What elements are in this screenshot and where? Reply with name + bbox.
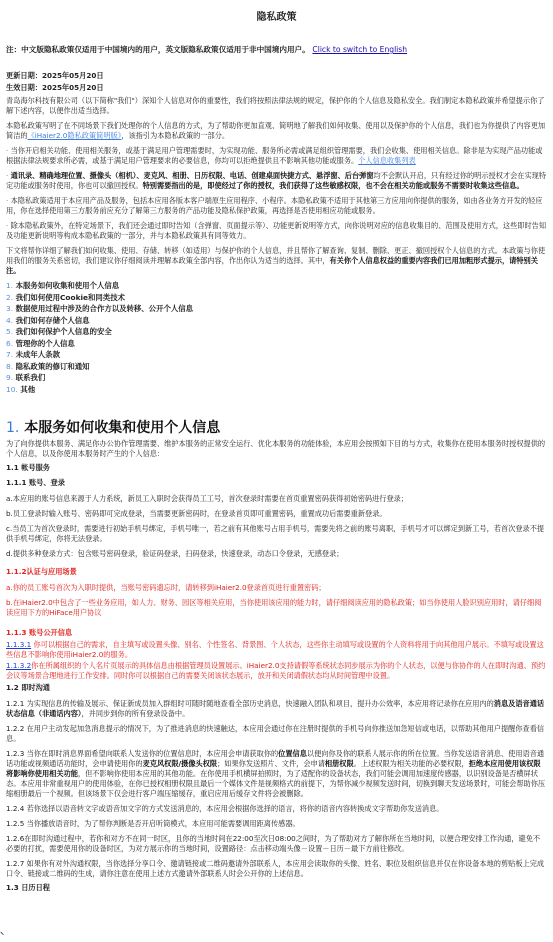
bullet-data-collection: 当你开启相关功能、使用相关服务，或基于满足用户管理需要时，为实现功能、服务所必需…: [6, 146, 547, 166]
clause-text: ，但不影响你使用本应用的其他功能。在你使用手机横屏拍照时，为了适配你的设备状态，…: [6, 769, 545, 798]
im-clause-1-2-5: 1.2.5 当你播放语音时，为了帮你判断是否开启听筒模式，本应用可能需要调用距离…: [6, 819, 547, 829]
clause-text: 1.2.1 为实现信息的传输及展示、保证新成员加入群组时可随时随地查看全部历史消…: [6, 699, 494, 708]
clause-number-link[interactable]: 1.1.3.1: [6, 640, 31, 649]
im-clause-1-2-4: 1.2.4 若你选择以语音转文字或语音加文字的方式发送消息的，本应用会根据你选择…: [6, 804, 547, 814]
clause-text: 你在所属组织的个人名片页展示的具体信息由根据管理员设置展示。iHaier2.0支…: [6, 661, 545, 680]
public-info-1-1-3-2: 1.1.3.2你在所属组织的个人名片页展示的具体信息由根据管理员设置展示。iHa…: [6, 661, 547, 681]
toc-label: 其他: [20, 385, 35, 394]
heading-1-1-1: 1.1.1 账号、登录: [6, 478, 547, 489]
heading-1-1-2: 1.1.2认证与应用场景: [6, 567, 547, 578]
bullet-scope: 本隐私政策适用于本应用产品及服务，包括本应用各版本客户端原生应用程序、小程序。本…: [6, 196, 547, 216]
cursor-mark-icon: [0, 929, 6, 935]
language-note: 注：中文版隐私政策仅适用于中国境内的用户，英文版隐私政策仅适用于非中国境内用户。…: [6, 45, 547, 59]
language-note-text: 注：中文版隐私政策仅适用于中国境内的用户，英文版隐私政策仅适用于非中国境内用户。: [6, 45, 310, 54]
clause-emphasis: 麦克风权限/摄像头权限: [143, 759, 218, 768]
toc-item-2[interactable]: 2. 我们如何使用Cookie和同类技术: [6, 292, 547, 304]
heading-1-1-3: 1.1.3 账号公开信息: [6, 628, 547, 639]
privacy-policy-page: 隐私政策 注：中文版隐私政策仅适用于中国境内的用户，英文版隐私政策仅适用于非中国…: [0, 0, 553, 894]
table-of-contents: 1. 本服务如何收集和使用个人信息 2. 我们如何使用Cookie和同类技术 3…: [6, 280, 547, 395]
toc-label: 我们如何使用Cookie和同类技术: [16, 293, 125, 302]
toc-number: 7.: [6, 350, 13, 359]
auth-item-b: b.在iHaier2.0中包含了一些业务应用，如人力、财务、园区等相关应用，当你…: [6, 598, 547, 618]
intro-summary-paragraph: 本隐私政策写明了在不同场景下我们处理你的个人信息的方式，为了帮助你更加直观、简明…: [6, 121, 547, 141]
clause-text: 1.2.3 当你在即时消息界面希望向联系人发送你的位置信息时，本应用会申请获取你…: [6, 749, 278, 758]
concise-policy-link[interactable]: 《iHaier2.0隐私政策简明版》: [28, 131, 122, 140]
toc-label: 本服务如何收集和使用个人信息: [16, 281, 119, 290]
toc-number: 5.: [6, 327, 13, 336]
im-clause-1-2-6: 1.2.6在即时沟通过程中，若你和对方不在同一时区，且你的当地时间在22:00至…: [6, 834, 547, 854]
im-clause-1-2-3: 1.2.3 当你在即时消息界面希望向联系人发送你的位置信息时，本应用会申请获取你…: [6, 749, 547, 799]
login-item-c: c.当员工为首次登录时，需要进行初始手机号绑定，手机号唯一，若之前有其他账号占用…: [6, 524, 547, 544]
section-1-intro: 为了向你提供本服务、满足你办公协作管理需要、维护本服务的正常安全运行、优化本服务…: [6, 439, 547, 459]
heading-1-3: 1.3 日历日程: [6, 883, 547, 894]
bullet-instant-notice: 除本隐私政策外，在特定场景下，我们还会通过即时告知（含弹窗、页面提示等）、功能更…: [6, 221, 547, 241]
toc-item-7[interactable]: 7. 未成年人条款: [6, 349, 547, 361]
toc-item-5[interactable]: 5. 我们如何保护个人信息的安全: [6, 326, 547, 338]
personal-info-collection-list-link[interactable]: 个人信息收集列表: [358, 156, 416, 165]
toc-number: 3.: [6, 304, 13, 313]
toc-number: 2.: [6, 293, 13, 302]
bullet-data-collection-text: 当你开启相关功能、使用相关服务，或基于满足用户管理需要时，为实现功能、服务所必需…: [6, 146, 542, 165]
login-item-d: d.提供多种登录方式：包含账号密码登录，验证码登录，扫码登录，快速登录，动态口令…: [6, 549, 547, 559]
toc-label: 我们如何存储个人信息: [16, 316, 90, 325]
toc-number: 8.: [6, 362, 13, 371]
toc-item-4[interactable]: 4. 我们如何存储个人信息: [6, 315, 547, 327]
toc-item-3[interactable]: 3. 数据使用过程中涉及的合作方以及转移、公开个人信息: [6, 303, 547, 315]
im-clause-1-2-2: 1.2.2 在用户主动发起加急消息提示的情况下，为了推进消息的快速触达，本应用会…: [6, 724, 547, 744]
clause-text: 。上述权限为相关功能的必要权限，: [354, 759, 469, 768]
effective-date: 生效日期：2025年05月20日: [6, 83, 547, 93]
toc-number: 6.: [6, 339, 13, 348]
page-title: 隐私政策: [6, 0, 547, 33]
sensitive-permissions-emphasis: 特别需要指出的是，即使经过了你的授权，我们获得了这些敏感权限，也不会在相关功能或…: [143, 181, 524, 190]
intro-paragraph: 青岛海尔科技有限公司（以下简称"我们"）深知个人信息对你的重要性，我们将按照法律…: [6, 96, 547, 116]
toc-item-10[interactable]: 10. 其他: [6, 384, 547, 396]
clause-text: ；如果你发送照片、文件，会申请: [217, 759, 325, 768]
section-1-heading: 1. 本服务如何收集和使用个人信息: [6, 420, 547, 436]
clause-text: ，并同步到你的所有登录设备中。: [81, 709, 189, 718]
heading-1-1: 1.1 帐号服务: [6, 463, 547, 474]
sensitive-permissions-list: 通讯录、精确地理位置、摄像头（相机）、麦克风、相册、日历权限、电话、创建桌面快捷…: [11, 171, 374, 180]
toc-label: 未成年人条款: [16, 350, 60, 359]
toc-number: 9.: [6, 373, 13, 382]
im-clause-1-2-1: 1.2.1 为实现信息的传输及展示、保证新成员加入群组时可随时随地查看全部历史消…: [6, 699, 547, 719]
toc-number: 1.: [6, 281, 13, 290]
switch-to-english-link[interactable]: Click to switch to English: [312, 45, 407, 54]
toc-item-9[interactable]: 9. 联系我们: [6, 372, 547, 384]
clause-emphasis: 位置信息: [278, 749, 307, 758]
bullet-sensitive-permissions: 通讯录、精确地理位置、摄像头（相机）、麦克风、相册、日历权限、电话、创建桌面快捷…: [6, 171, 547, 191]
toc-number: 10.: [6, 385, 18, 394]
section-title: 本服务如何收集和使用个人信息: [24, 420, 220, 436]
toc-item-6[interactable]: 6. 管理你的个人信息: [6, 338, 547, 350]
clause-emphasis: 相册权限: [325, 759, 354, 768]
intro-summary-tail: ，该指引为本隐私政策的一部分。: [121, 131, 229, 140]
public-info-1-1-3-1: 1.1.3.1 你可以根据自己的需求，自主填写或设置头像、别名、个性签名、背景图…: [6, 640, 547, 660]
toc-item-1[interactable]: 1. 本服务如何收集和使用个人信息: [6, 280, 547, 292]
toc-label: 我们如何保护个人信息的安全: [16, 327, 112, 336]
updated-date: 更新日期：2025年05月20日: [6, 71, 547, 81]
toc-label: 联系我们: [16, 373, 46, 382]
heading-1-2: 1.2 即时沟通: [6, 683, 547, 694]
toc-label: 数据使用过程中涉及的合作方以及转移、公开个人信息: [16, 304, 193, 313]
login-item-b: b.员工登录时输入账号、密码即可完成登录，当需要更新密码时，在登录首页即可重置密…: [6, 509, 547, 519]
toc-item-8[interactable]: 8. 隐私政策的修订和通知: [6, 361, 547, 373]
section-number: 1.: [6, 420, 19, 436]
clause-number-link[interactable]: 1.1.3.2: [6, 661, 31, 670]
reading-guide-paragraph: 下文将帮你详细了解我们如何收集、使用、存储、转移（如适用）与保护你的个人信息，并…: [6, 246, 547, 276]
clause-text: 你可以根据自己的需求，自主填写或设置头像、别名、个性签名、背景图、个人状态，这些…: [6, 640, 544, 659]
toc-label: 管理你的个人信息: [16, 339, 75, 348]
im-clause-1-2-7: 1.2.7 如果你有对外沟通权限，当你选择分享口令、邀请链接或二维码邀请外部联系…: [6, 859, 547, 879]
toc-label: 隐私政策的修订和通知: [16, 362, 90, 371]
login-item-a: a.本应用的账号信息来源于人力系统，新员工入职时会获得员工工号，首次登录时需要在…: [6, 494, 547, 504]
auth-item-a: a.你的员工账号首次为入职时提供，当账号密码遗忘时，请转移到iHaier2.0登…: [6, 583, 547, 593]
toc-number: 4.: [6, 316, 13, 325]
